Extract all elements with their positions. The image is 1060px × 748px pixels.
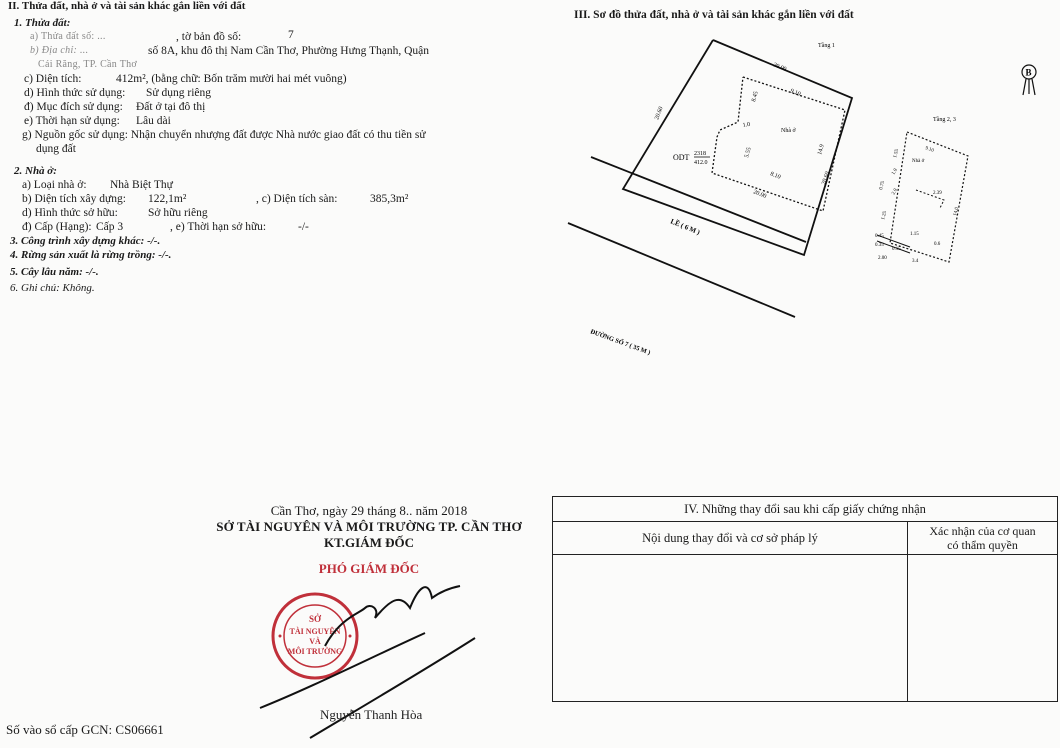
address-prefix-blurred: b) Địa chỉ: ...	[30, 44, 88, 58]
house-heading: 2. Nhà ở:	[14, 164, 57, 178]
stamp-text-3: MÔI TRƯỜNG	[288, 646, 342, 656]
area-value: 412m², (bằng chữ: Bốn trăm mười hai mét …	[116, 73, 347, 85]
svg-text:0.6: 0.6	[934, 242, 941, 247]
purpose-label: đ) Mục đích sử dụng:	[24, 100, 136, 114]
svg-text:0.15: 0.15	[892, 247, 901, 252]
svg-text:3.4: 3.4	[912, 259, 919, 264]
map-sheet-label: , tờ bản đồ số:	[176, 30, 241, 44]
svg-text:8.10: 8.10	[769, 171, 781, 180]
signer-name: Nguyễn Thanh Hòa	[320, 707, 422, 723]
grade-label: đ) Cấp (Hạng):	[22, 220, 96, 234]
production-forest: 4. Rừng sản xuất là rừng trồng: -/-.	[10, 248, 171, 262]
section-2-heading: II. Thửa đất, nhà ở và tài sản khác gắn …	[8, 0, 245, 12]
svg-text:0.35: 0.35	[875, 243, 884, 248]
floor23-plan: 9.10 14.0 2.39 1.15 0.6 3.4 2.00 0.35 0.…	[875, 132, 968, 264]
svg-text:14.0: 14.0	[953, 206, 960, 216]
parcel-prefix: ODT	[673, 153, 690, 162]
section-4-heading: IV. Những thay đổi sau khi cấp giấy chứn…	[553, 497, 1058, 522]
map-sheet-value: 7	[288, 28, 294, 42]
address-text: số 8A, khu đô thị Nam Cần Thơ, Phường Hư…	[148, 44, 429, 58]
area-label: c) Diện tích:	[24, 72, 116, 86]
official-stamp: SỞ TÀI NGUYÊN VÀ MÔI TRƯỜNG	[273, 594, 357, 678]
floor-area-value: 385,3m²	[370, 193, 408, 205]
purpose-row: đ) Mục đích sử dụng:Đất ở tại đô thị	[24, 100, 205, 114]
issue-date: Cần Thơ, ngày 29 tháng 8.. năm 2018	[196, 503, 542, 519]
own-term-label: , e) Thời hạn sở hữu:	[170, 220, 298, 234]
svg-text:1.15: 1.15	[910, 232, 919, 237]
ownership-label: d) Hình thức sở hữu:	[22, 206, 148, 220]
svg-text:1.25: 1.25	[881, 210, 888, 220]
svg-text:0.75: 0.75	[879, 180, 886, 190]
origin-row: g) Nguồn gốc sử dụng: Nhận chuyển nhượng…	[22, 128, 426, 142]
svg-text:Nhà ở: Nhà ở	[912, 159, 925, 164]
house-footprint	[712, 77, 845, 211]
purpose-value: Đất ở tại đô thị	[136, 101, 205, 113]
svg-text:20.00: 20.00	[772, 62, 787, 73]
change-content-cell	[553, 555, 908, 702]
other-works: 3. Công trình xây dựng khác: -/-.	[10, 234, 160, 248]
stamp-text-top: SỞ	[309, 614, 322, 624]
signer-role: KT.GIÁM ĐỐC	[196, 535, 542, 551]
ownership-value: Sở hữu riêng	[148, 207, 208, 219]
house-label: Nhà ở	[781, 128, 796, 134]
svg-text:2.39: 2.39	[933, 191, 942, 196]
svg-text:B: B	[1026, 68, 1032, 78]
parcel-diagram: Tầng 1 20.00 20.60 20.00 20.60 9.10 8.45…	[560, 30, 1060, 440]
sidewalk-label: LỀ ( 6 M )	[669, 217, 701, 236]
floor1-label: Tầng 1	[818, 42, 835, 49]
term-label: e) Thời hạn sử dụng:	[24, 114, 136, 128]
svg-text:0.45: 0.45	[875, 234, 884, 239]
stamp-text-2: VÀ	[309, 636, 321, 646]
origin-value: Nhận chuyển nhượng đất được Nhà nước gia…	[131, 129, 426, 141]
parcel-code-bottom: 412.0	[694, 160, 708, 166]
grade-value: Cấp 3	[96, 220, 170, 234]
col2-line1: Xác nhận của cơ quan	[909, 524, 1056, 538]
house-type-label: a) Loại nhà ở:	[22, 178, 110, 192]
svg-text:5.55: 5.55	[744, 147, 753, 159]
ownership-row: d) Hình thức sở hữu:Sở hữu riêng	[22, 206, 208, 220]
house-type-row: a) Loại nhà ở:Nhà Biệt Thự	[22, 178, 173, 192]
section-3-heading: III. Sơ đồ thửa đất, nhà ở và tài sản kh…	[574, 9, 854, 21]
changes-table: IV. Những thay đổi sau khi cấp giấy chứn…	[552, 496, 1058, 702]
origin-label: g) Nguồn gốc sử dụng:	[22, 129, 128, 141]
authority-confirmation-cell	[908, 555, 1058, 702]
register-number: Số vào sổ cấp GCN: CS06661	[6, 722, 164, 738]
deputy-role: PHÓ GIÁM ĐỐC	[196, 561, 542, 577]
term-value: Lâu dài	[136, 115, 171, 127]
own-term-value: -/-	[298, 221, 309, 233]
use-form-row: d) Hình thức sử dụng:Sử dụng riêng	[24, 86, 211, 100]
grade-row: đ) Cấp (Hạng):Cấp 3, e) Thời hạn sở hữu:…	[22, 220, 309, 234]
floor23-label: Tầng 2, 3	[933, 116, 956, 123]
area-row: c) Diện tích:412m², (bằng chữ: Bốn trăm …	[24, 72, 347, 86]
svg-text:1.55: 1.55	[893, 148, 900, 158]
svg-text:1.0: 1.0	[742, 122, 750, 129]
origin-value-cont: dụng đất	[36, 142, 76, 156]
svg-text:1.0: 1.0	[891, 168, 899, 176]
column-authority-confirmation: Xác nhận của cơ quan có thẩm quyền	[908, 522, 1058, 555]
notes: 6. Ghi chú: Không.	[10, 281, 95, 295]
term-row: e) Thời hạn sử dụng:Lâu dài	[24, 114, 171, 128]
issuing-agency: SỞ TÀI NGUYÊN VÀ MÔI TRƯỜNG TP. CẦN THƠ	[196, 519, 542, 535]
svg-text:14.9: 14.9	[817, 144, 826, 156]
build-area-value: 122,1m²	[148, 192, 256, 206]
house-type-value: Nhà Biệt Thự	[110, 179, 173, 191]
parcel-number-blurred: a) Thửa đất số: ...	[30, 30, 106, 44]
svg-text:9.10: 9.10	[789, 88, 801, 97]
svg-text:2.00: 2.00	[878, 256, 887, 261]
road-label: ĐƯỜNG SỐ 7 ( 35 M )	[589, 327, 651, 356]
floor-area-label: , c) Diện tích sàn:	[256, 192, 370, 206]
north-arrow-icon: B	[1022, 65, 1036, 95]
column-change-content: Nội dung thay đổi và cơ sở pháp lý	[553, 522, 908, 555]
perennial-trees: 5. Cây lâu năm: -/-.	[10, 265, 99, 279]
build-area-label: b) Diện tích xây dựng:	[22, 192, 148, 206]
road-edge	[568, 223, 795, 317]
svg-text:8.45: 8.45	[751, 91, 760, 103]
svg-text:20.60: 20.60	[654, 106, 664, 121]
parcel-code-top: 2318	[694, 151, 706, 157]
land-heading: 1. Thửa đất:	[14, 16, 70, 30]
svg-text:9.10: 9.10	[924, 146, 934, 154]
col2-line2: có thẩm quyền	[909, 538, 1056, 552]
address-line2-blurred: Cái Răng, TP. Cần Thơ	[38, 58, 137, 72]
parcel-outline	[623, 40, 852, 255]
signature-block: Cần Thơ, ngày 29 tháng 8.. năm 2018 SỞ T…	[196, 503, 542, 577]
use-form-label: d) Hình thức sử dụng:	[24, 86, 146, 100]
use-form-value: Sử dụng riêng	[146, 87, 211, 99]
build-area-row: b) Diện tích xây dựng:122,1m², c) Diện t…	[22, 192, 408, 206]
